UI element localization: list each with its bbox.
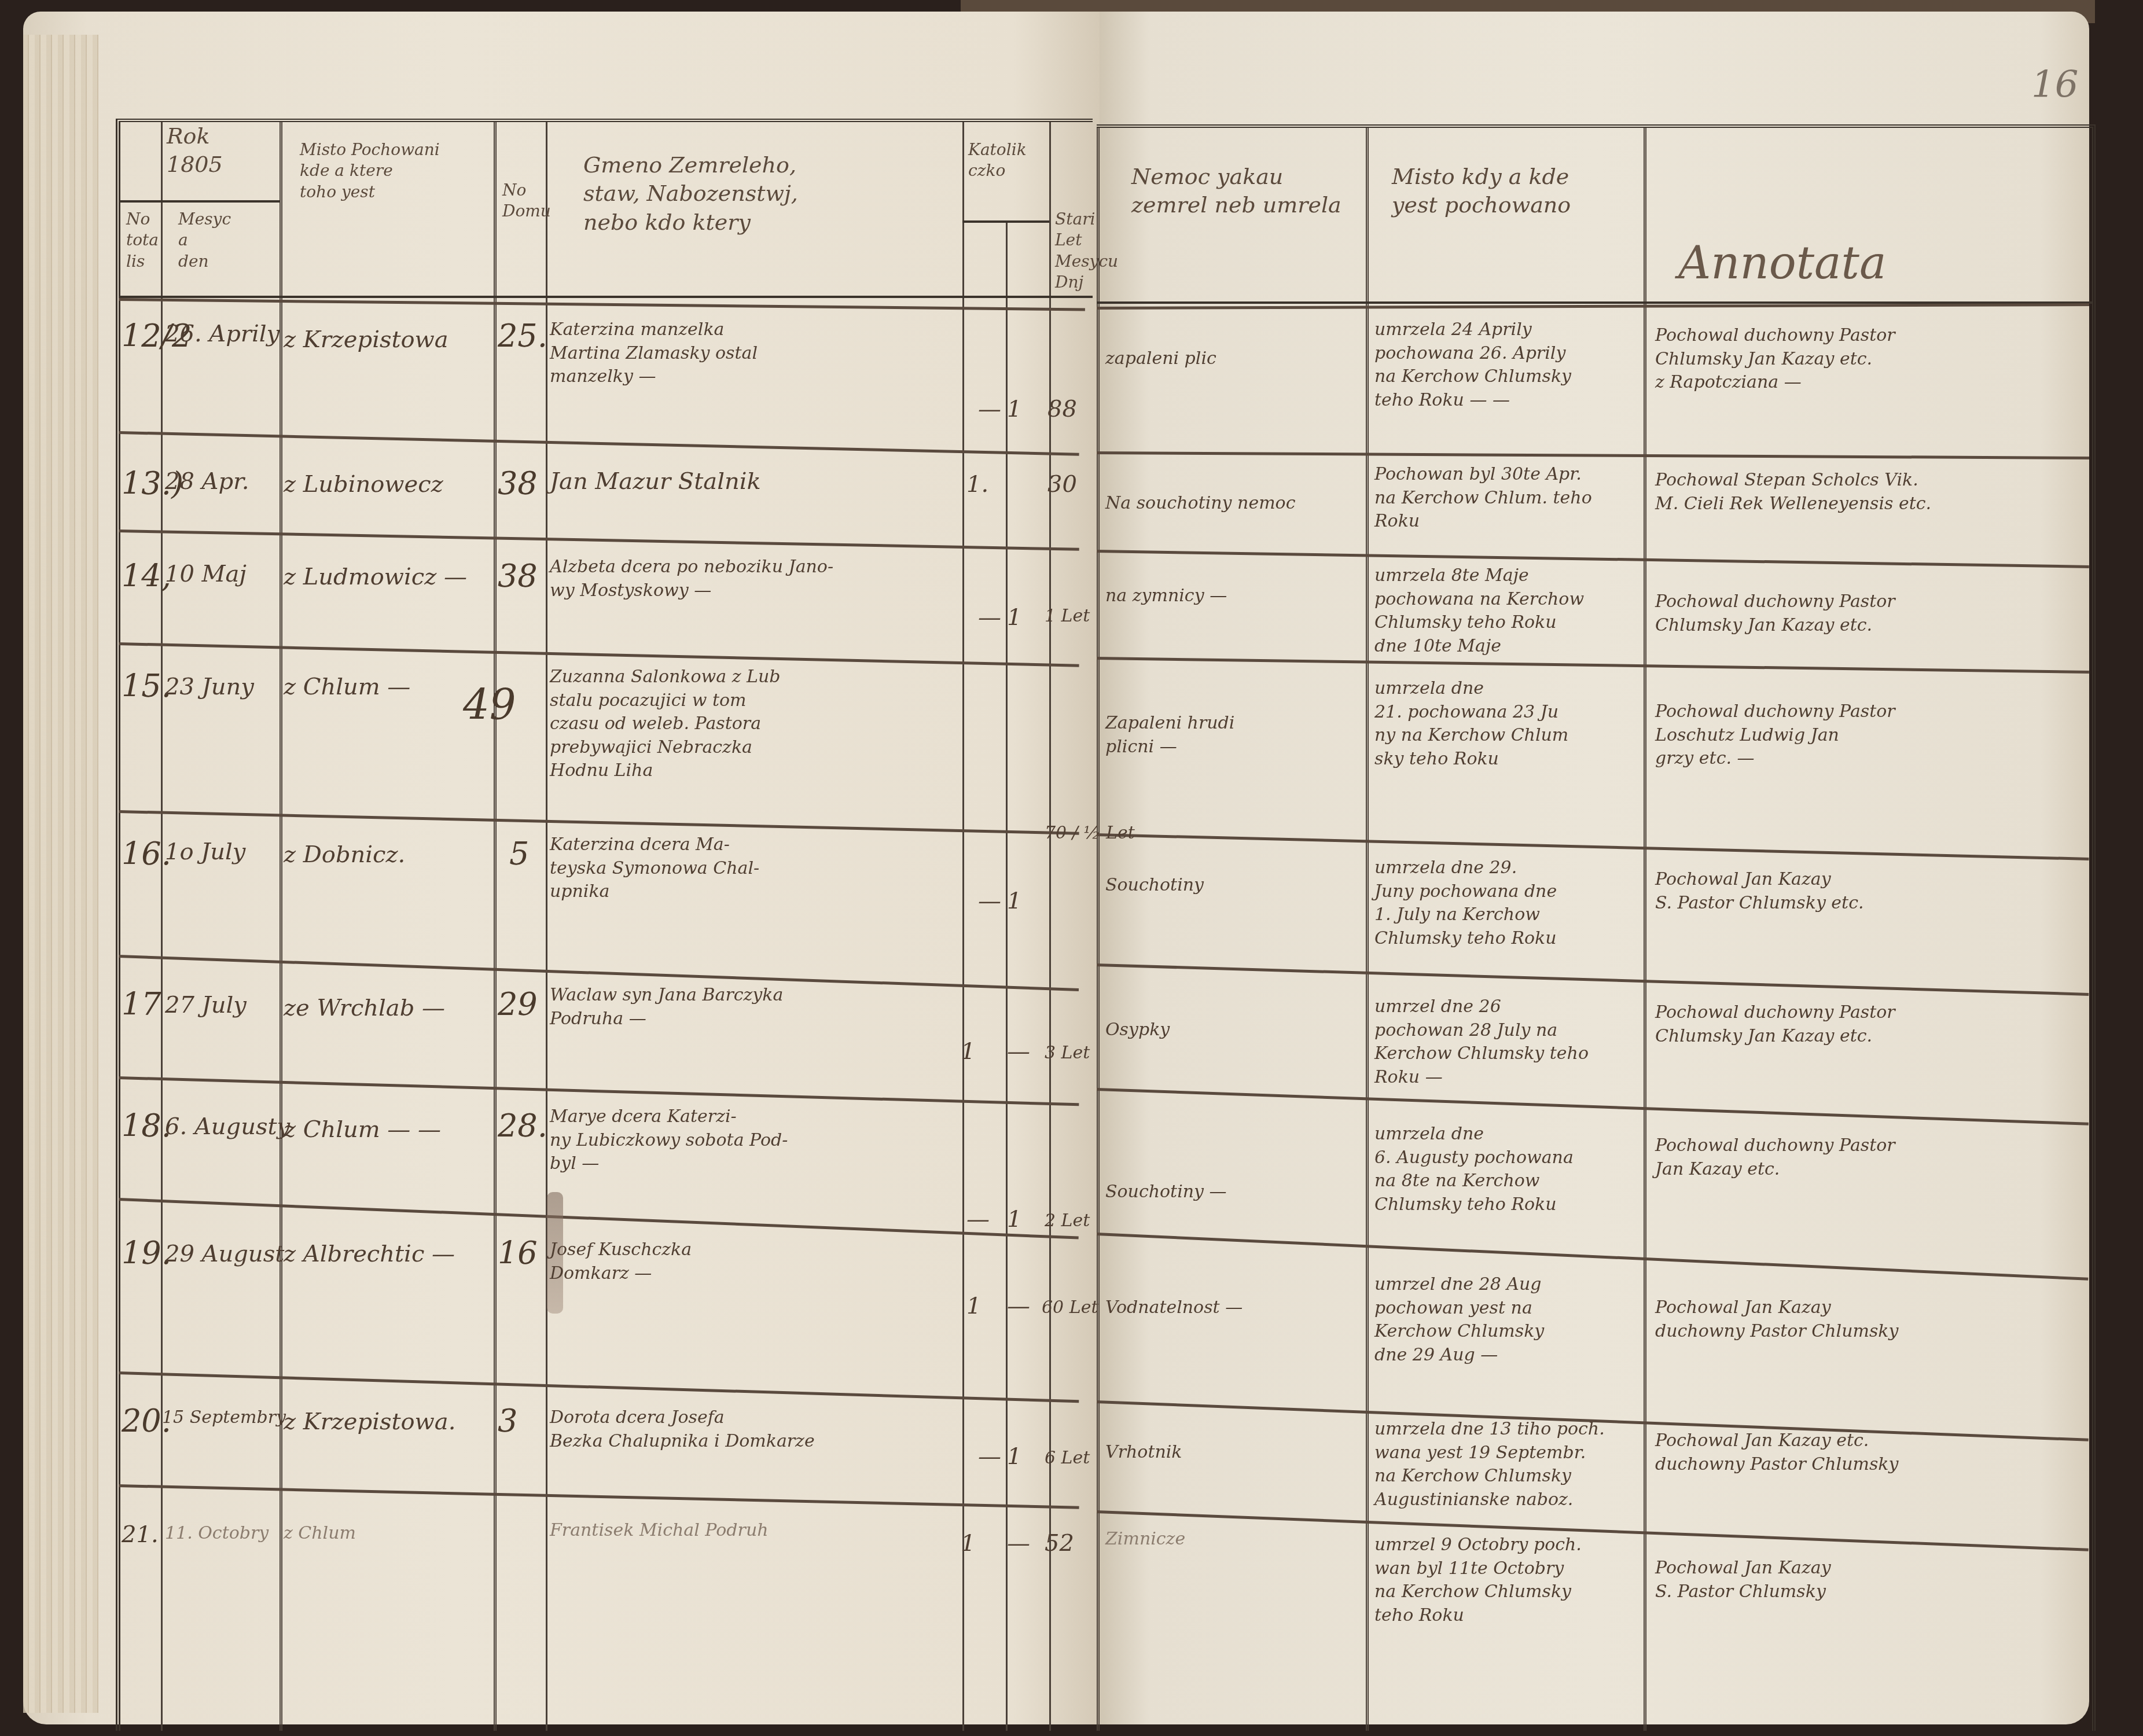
- entry-col-a: —: [978, 393, 1001, 425]
- entry-name: Katerzina dcera Ma- teyska Symonowa Chal…: [550, 833, 759, 904]
- entry-burial: umrzel dne 28 Aug pochowan yest na Kerch…: [1374, 1273, 1544, 1367]
- page-number: 16: [2031, 64, 2078, 106]
- entry-burial: umrzela 8te Maje pochowana na Kerchow Ch…: [1374, 564, 1584, 658]
- entry-cause: Souchotiny: [1105, 874, 1204, 898]
- entry-house: 5: [509, 833, 529, 876]
- header-divider: [962, 220, 1049, 223]
- entry-place: z Chlum —: [284, 671, 410, 703]
- entry-age: 2 Let: [1045, 1209, 1090, 1233]
- header-religion: Katolik czko: [968, 139, 1027, 182]
- entry-age: 3 Let: [1045, 1042, 1090, 1065]
- entry-number: 21.: [122, 1519, 159, 1550]
- entry-number: 17: [122, 984, 161, 1026]
- entry-date: 10 Maj: [165, 558, 247, 590]
- header-date: Mesyc a den: [178, 209, 231, 272]
- entry-place: ze Wrchlab —: [284, 992, 445, 1024]
- entry-name: Josef Kuschczka Domkarz —: [550, 1238, 692, 1285]
- col-divider: [1366, 128, 1369, 1731]
- entry-date: 29 August: [165, 1238, 284, 1270]
- entry-place: z Lubinowecz: [284, 469, 443, 500]
- entry-name: Frantisek Michal Podruh: [550, 1519, 769, 1543]
- entry-number: 19.: [122, 1233, 171, 1275]
- entry-place: z Albrechtic —: [284, 1238, 455, 1270]
- entry-col-b: 1: [1007, 602, 1021, 633]
- entry-number: 15.: [122, 665, 171, 708]
- entry-burial: Pochowan byl 30te Apr. na Kerchow Chlum.…: [1374, 463, 1592, 534]
- entry-col-b: 1: [1007, 393, 1021, 425]
- col-divider: [1644, 128, 1646, 1731]
- entry-name: Zuzanna Salonkowa z Lub stalu pocazujici…: [550, 665, 780, 783]
- entry-cause: Zimnicze: [1105, 1528, 1185, 1551]
- entry-date: 6. Augusty: [165, 1111, 290, 1142]
- entry-cause: Vodnatelnost —: [1105, 1296, 1243, 1320]
- entry-house: 28.: [498, 1105, 547, 1147]
- entry-age: 88: [1047, 393, 1077, 425]
- entry-cause: Vrhotnik: [1105, 1441, 1182, 1465]
- entry-place: z Dobnicz.: [284, 839, 405, 870]
- entry-annotata: Pochowal Jan Kazay duchowny Pastor Chlum…: [1655, 1296, 1898, 1343]
- entry-age: 52: [1045, 1528, 1074, 1559]
- entry-age: 6 Let: [1045, 1447, 1090, 1470]
- entry-annotata: Pochowal duchowny Pastor Chlumsky Jan Ka…: [1655, 1001, 1895, 1048]
- entry-house: 38: [498, 463, 538, 505]
- entry-house: 3: [498, 1400, 517, 1443]
- header-place: Misto Pochowani kde a ktere toho yest: [300, 139, 440, 203]
- entry-age: 70 / ½ Let: [1045, 822, 1135, 845]
- entry-cause: Osypky: [1105, 1018, 1170, 1042]
- entry-annotata: Pochowal Jan Kazay etc. duchowny Pastor …: [1655, 1429, 1898, 1476]
- entry-col-b: 1: [1007, 1204, 1021, 1235]
- entry-col-a: —: [978, 885, 1001, 917]
- entry-date: 23 Juny: [165, 671, 254, 703]
- entry-date: 26. Aprily: [165, 318, 280, 350]
- entry-col-b: —: [1007, 1036, 1030, 1067]
- entry-age: 1 Let: [1045, 605, 1090, 628]
- header-burial: Misto kdy a kde yest pochowano: [1392, 163, 1571, 220]
- entry-place: z Krzepistowa.: [284, 1406, 455, 1437]
- entry-house: 49: [463, 677, 516, 733]
- entry-burial: umrzel 9 Octobry poch. wan byl 11te Octo…: [1374, 1533, 1582, 1627]
- entry-annotata: Pochowal Stepan Scholcs Vik. M. Cieli Re…: [1655, 469, 1931, 516]
- entry-place: z Ludmowicz —: [284, 561, 467, 593]
- entry-house: 29: [498, 984, 538, 1026]
- entry-name: Marye dcera Katerzi- ny Lubiczkowy sobot…: [550, 1105, 788, 1176]
- entry-burial: umrzela dne 21. pochowana 23 Ju ny na Ke…: [1374, 677, 1568, 771]
- entry-name: Jan Mazur Stalnik: [550, 466, 761, 497]
- entry-annotata: Pochowal duchowny Pastor Chlumsky Jan Ka…: [1655, 324, 1895, 395]
- col-divider: [161, 122, 163, 1731]
- col-divider: [1097, 128, 1100, 1731]
- col-divider: [962, 122, 964, 1731]
- header-year: Rok 1805: [167, 122, 223, 179]
- entry-date: 28 Apr.: [165, 466, 249, 497]
- entry-house: 16: [498, 1233, 538, 1275]
- entry-burial: umrzel dne 26 pochowan 28 July na Kercho…: [1374, 995, 1589, 1089]
- entry-burial: umrzela dne 29. Juny pochowana dne 1. Ju…: [1374, 856, 1557, 950]
- entry-number: 16.: [122, 833, 171, 876]
- entry-house: 25.: [498, 315, 547, 358]
- entry-col-a: 1: [961, 1036, 975, 1067]
- entry-col-a: —: [966, 1204, 990, 1235]
- header-number: No tota lis: [126, 209, 159, 272]
- col-divider: [546, 122, 547, 1731]
- entry-annotata: Pochowal Jan Kazay S. Pastor Chlumsky: [1655, 1557, 1831, 1603]
- entry-col-a: 1: [961, 1528, 975, 1559]
- ledger-book: 16 Rok 1805 No tota lis Mesyc a den Mist…: [0, 0, 2143, 1736]
- entry-number: 18.: [122, 1105, 171, 1147]
- entry-name: Alzbeta dcera po neboziku Jano- wy Mosty…: [550, 556, 833, 602]
- col-divider: [1049, 122, 1051, 1731]
- entry-col-b: —: [1007, 1528, 1030, 1559]
- entry-name: Katerzina manzelka Martina Zlamasky osta…: [550, 318, 758, 389]
- entry-col-a: 1.: [966, 469, 988, 500]
- entry-col-a: —: [978, 602, 1001, 633]
- page-edges: [23, 35, 98, 1713]
- entry-name: Waclaw syn Jana Barczyka Podruha —: [550, 984, 783, 1031]
- entry-date: 15 Septembry: [162, 1406, 286, 1430]
- entry-cause: Na souchotiny nemoc: [1105, 492, 1295, 516]
- entry-name: Dorota dcera Josefa Bezka Chalupnika i D…: [550, 1406, 815, 1453]
- header-annotata: Annotata: [1678, 237, 1886, 289]
- entry-burial: umrzela dne 13 tiho poch. wana yest 19 S…: [1374, 1418, 1605, 1511]
- entry-age: 60 Let: [1042, 1296, 1098, 1320]
- header-house: No Domu: [502, 180, 551, 222]
- header-name: Gmeno Zemreleho, staw, Nabozenstwj, nebo…: [583, 151, 798, 237]
- entry-number: 14,: [122, 556, 171, 598]
- entry-annotata: Pochowal duchowny Pastor Jan Kazay etc.: [1655, 1134, 1895, 1181]
- entry-col-a: —: [978, 1441, 1001, 1472]
- entry-annotata: Pochowal duchowny Pastor Loschutz Ludwig…: [1655, 700, 1895, 771]
- entry-place: z Chlum — —: [284, 1114, 441, 1145]
- entry-house: 38: [498, 556, 538, 598]
- entry-cause: na zymnicy —: [1105, 584, 1227, 608]
- entry-burial: umrzela dne 6. Augusty pochowana na 8te …: [1374, 1123, 1574, 1216]
- entry-cause: zapaleni plic: [1105, 347, 1216, 371]
- entry-date: 27 July: [165, 990, 247, 1021]
- entry-date: 11. Octobry: [165, 1522, 269, 1546]
- entry-age: 30: [1047, 469, 1077, 500]
- header-divider: [120, 200, 280, 203]
- entry-date: 1o July: [165, 836, 245, 867]
- entry-burial: umrzela 24 Aprily pochowana 26. Aprily n…: [1374, 318, 1571, 412]
- header-cause: Nemoc yakau zemrel neb umrela: [1131, 163, 1341, 220]
- header-bottom-rule: [120, 296, 1093, 298]
- entry-place: z Krzepistowa: [284, 324, 449, 355]
- entry-col-b: 1: [1007, 885, 1021, 917]
- entry-annotata: Pochowal Jan Kazay S. Pastor Chlumsky et…: [1655, 868, 1864, 915]
- entry-col-b: 1: [1007, 1441, 1021, 1472]
- entry-col-a: 1: [966, 1290, 981, 1322]
- entry-cause: Souchotiny —: [1105, 1180, 1227, 1204]
- entry-col-b: —: [1007, 1290, 1030, 1322]
- entry-annotata: Pochowal duchowny Pastor Chlumsky Jan Ka…: [1655, 590, 1895, 637]
- entry-cause: Zapaleni hrudi plicni —: [1105, 712, 1234, 759]
- entry-place: z Chlum: [284, 1522, 356, 1546]
- col-divider: [494, 122, 497, 1731]
